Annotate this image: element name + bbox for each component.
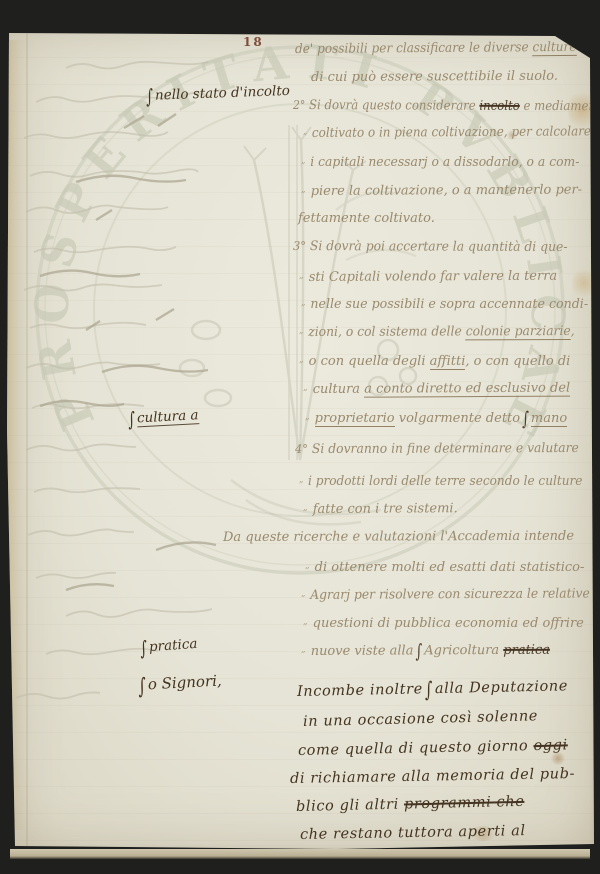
text-line: fettamente coltivato. (298, 211, 435, 226)
text-line: „coltivato o in piena coltivazione, per … (303, 124, 591, 141)
text-line: „fatte con i tre sistemi. (303, 501, 458, 517)
text-line: „o con quella degli affitti, o con quell… (299, 354, 570, 369)
text-line: „Agrarj per risolvere con sicurezza le r… (301, 586, 590, 603)
text-line: Da queste ricerche e valutazioni l'Accad… (223, 529, 574, 545)
text-line: di cui può essere suscettibile il suolo. (311, 69, 558, 85)
scanned-manuscript-screenshot: { "document": { "page_number": "18", "se… (0, 0, 600, 874)
text-line: „nuove viste alla∫Agricoltura pratica (301, 643, 550, 659)
manuscript-paper: PROSPERITATI PVBLICAE (6, 30, 595, 850)
text-line: „i capitali necessarj o a dissodarlo, o … (301, 155, 579, 170)
text-line: „piere la coltivazione, o a mantenerlo p… (301, 183, 582, 199)
heavy-bleed-marks (40, 114, 216, 590)
margin-note: ∫cultura a (126, 407, 199, 427)
text-line: 3° Si dovrà poi accertare la quantità di… (293, 239, 568, 255)
scanned-page: PROSPERITATI PVBLICAE (0, 0, 600, 874)
text-line: „sti Capitali volendo far valere la terr… (299, 269, 557, 285)
text-line: „i prodotti lordi delle terre secondo le… (299, 474, 582, 489)
text-line: „nelle sue possibili e sopra accennate c… (301, 297, 588, 312)
page-number: 18 (243, 35, 264, 49)
text-line: „cultura a conto diretto ed esclusivo de… (303, 381, 570, 397)
text-line: „questioni di pubblica economia ed offri… (303, 616, 584, 631)
text-line: „proprietario volgarmente detto∫mano (305, 411, 567, 426)
underlying-page-edge (10, 849, 590, 859)
text-line: de' possibili per classificare le divers… (295, 40, 577, 57)
text-line: 4° Si dovranno in fine determinare e val… (295, 441, 579, 457)
text-line: 2° Si dovrà questo considerare incolto e… (293, 98, 600, 114)
text-line: „zioni, o col sistema delle colonie parz… (299, 324, 575, 340)
text-line: „di ottenere molti ed esatti dati statis… (305, 560, 584, 575)
ink-bleedthrough (6, 30, 595, 850)
